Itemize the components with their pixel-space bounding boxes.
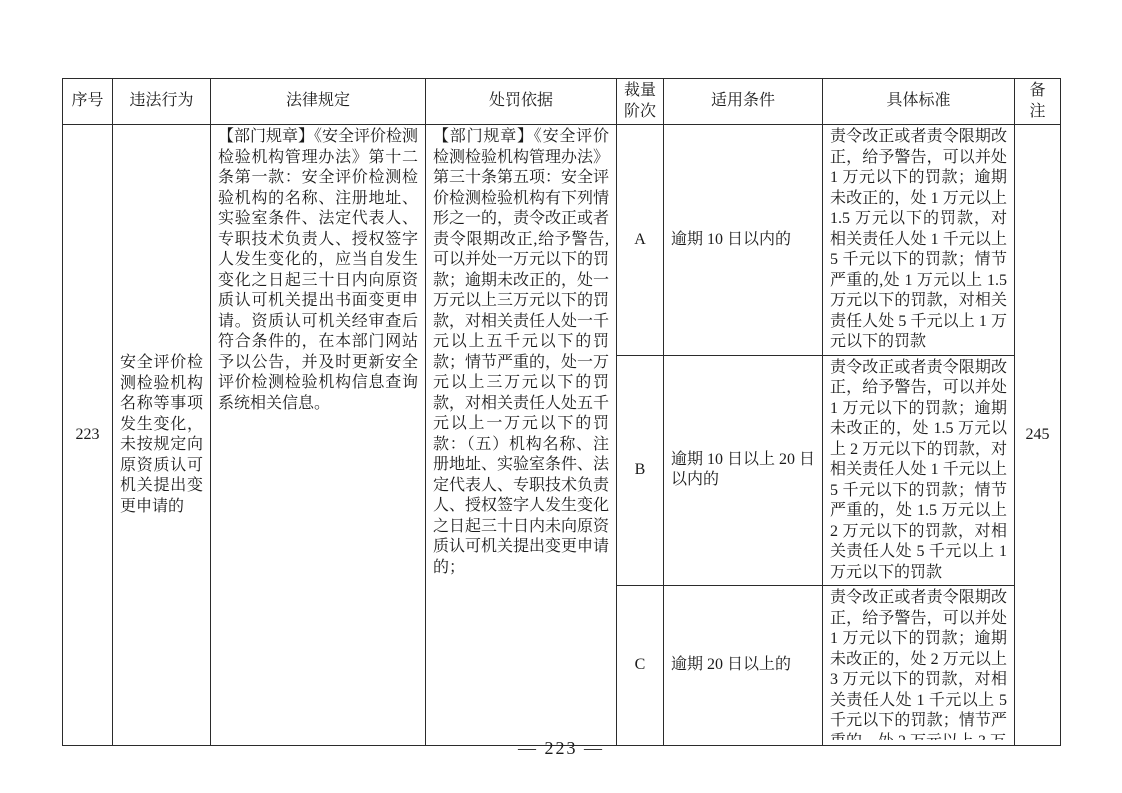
page-number-footer: — 223 — bbox=[0, 738, 1122, 759]
penalty-basis-cell: 【部门规章】《安全评价检测检验机构管理办法》第三十条第五项：安全评价检测检验机构… bbox=[426, 125, 617, 746]
tier-a-standard-cell: 责令改正或者责令限期改正，给予警告，可以并处 1 万元以下的罚款；逾期未改正的，… bbox=[823, 125, 1015, 356]
tier-a-level-cell: A bbox=[617, 125, 664, 356]
header-violation: 违法行为 bbox=[113, 79, 211, 125]
tier-c-condition-cell: 逾期 20 日以上的 bbox=[664, 586, 823, 746]
remark-cell: 245 bbox=[1015, 125, 1061, 746]
header-penalty-basis: 处罚依据 bbox=[426, 79, 617, 125]
tier-c-standard-cell: 责令改正或者责令限期改正，给予警告，可以并处 1 万元以下的罚款；逾期未改正的，… bbox=[823, 586, 1015, 746]
violation-cell: 安全评价检测检验机构名称等事项发生变化，未按规定向原资质认可机关提出变更申请的 bbox=[113, 125, 211, 746]
header-applicable-condition: 适用条件 bbox=[664, 79, 823, 125]
legal-provision-cell: 【部门规章】《安全评价检测检验机构管理办法》第十二条第一款：安全评价检测检验机构… bbox=[211, 125, 426, 746]
serial-number-cell: 223 bbox=[63, 125, 113, 746]
table-header-row: 序号 违法行为 法律规定 处罚依据 裁量 阶次 适用条件 具体标准 备注 bbox=[63, 79, 1061, 125]
tier-b-standard-cell: 责令改正或者责令限期改正，给予警告，可以并处 1 万元以下的罚款；逾期未改正的，… bbox=[823, 355, 1015, 586]
tier-b-level-cell: B bbox=[617, 355, 664, 586]
tier-c-level-cell: C bbox=[617, 586, 664, 746]
header-specific-standard: 具体标准 bbox=[823, 79, 1015, 125]
header-discretion-level: 裁量 阶次 bbox=[617, 79, 664, 125]
tier-a-condition-cell: 逾期 10 日以内的 bbox=[664, 125, 823, 356]
header-remark: 备注 bbox=[1015, 79, 1061, 125]
tier-b-condition-cell: 逾期 10 日以上 20 日以内的 bbox=[664, 355, 823, 586]
tier-c-standard-text: 责令改正或者责令限期改正，给予警告，可以并处 1 万元以下的罚款；逾期未改正的，… bbox=[830, 588, 1007, 740]
penalty-table: 序号 违法行为 法律规定 处罚依据 裁量 阶次 适用条件 具体标准 备注 223… bbox=[62, 78, 1061, 746]
tier-row-a: 223 安全评价检测检验机构名称等事项发生变化，未按规定向原资质认可机关提出变更… bbox=[63, 125, 1061, 356]
header-legal-provision: 法律规定 bbox=[211, 79, 426, 125]
document-page: 序号 违法行为 法律规定 处罚依据 裁量 阶次 适用条件 具体标准 备注 223… bbox=[0, 0, 1122, 793]
header-serial: 序号 bbox=[63, 79, 113, 125]
